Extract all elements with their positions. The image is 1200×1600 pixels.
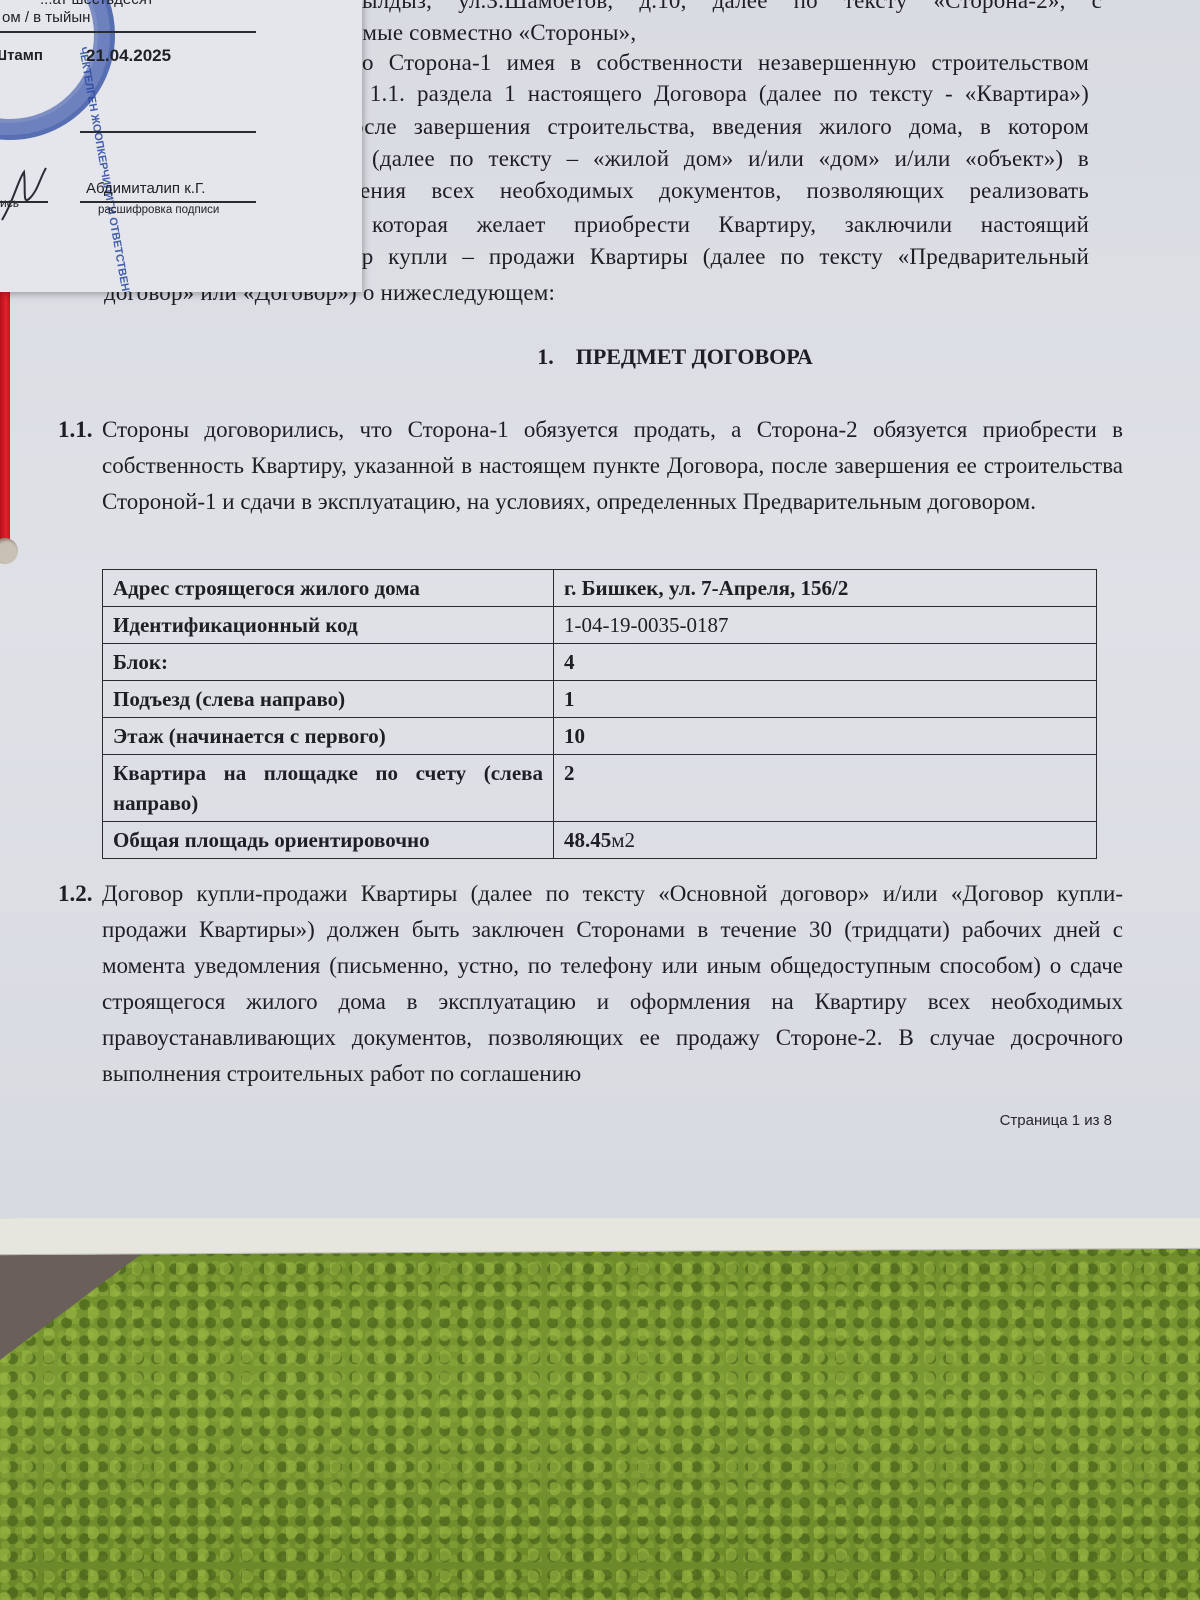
signature-underline — [0, 201, 48, 203]
row-value: 48.45м2 — [554, 822, 1097, 859]
preamble-line: которая желает приобрести Квартиру, закл… — [372, 212, 1089, 238]
table-row: Квартира на площадке по счету (слева нап… — [103, 755, 1097, 822]
value-text: 48.45 — [564, 828, 611, 852]
row-label: Адрес строящегося жилого дома — [103, 570, 554, 607]
value-text: 2 — [564, 761, 575, 785]
table-row: Этаж (начинается с первого)10 — [103, 718, 1097, 755]
underlying-sheet-edge — [0, 1212, 1200, 1255]
preamble-line: то Сторона-1 имея в собственности незаве… — [352, 50, 1089, 76]
amount-words-line: ом / в тыйын — [2, 9, 90, 26]
row-label: Подъезд (слева направо) — [103, 681, 554, 718]
row-label: Этаж (начинается с первого) — [103, 718, 554, 755]
page-number: Страница 1 из 8 — [1000, 1112, 1112, 1129]
row-value: г. Бишкек, ул. 7-Апреля, 156/2 — [554, 570, 1097, 607]
row-value: 1 — [554, 681, 1097, 718]
document-page: Джылдыз, ул.З.Шамбетов, д.10, далее по т… — [0, 0, 1200, 1218]
table-row: Подъезд (слева направо)1 — [103, 681, 1097, 718]
row-value: 10 — [554, 718, 1097, 755]
clause-text: Договор купли-продажи Квартиры (далее по… — [102, 876, 1123, 1092]
row-value: 2 — [554, 755, 1097, 822]
signature-slip: ЧЕКТЕЛГЕН ЖООПКЕРЧИЛИГИ ОТВЕТСТВЕННОСТЬЮ… — [0, 0, 362, 292]
table-row: Идентификационный код1-04-19-0035-0187 — [103, 607, 1097, 644]
section-title: ПРЕДМЕТ ДОГОВОРА — [576, 344, 813, 369]
signature-line — [80, 131, 256, 133]
punch-hole — [0, 538, 18, 564]
signature-icon — [0, 160, 90, 230]
signer-name: Абдимиталип к.Г. — [86, 180, 205, 197]
amount-words-line: ...ат шестьдесят — [40, 0, 154, 8]
value-text: 4 — [564, 650, 575, 674]
signature-label: ...ись — [0, 196, 19, 210]
row-label: Общая площадь ориентировочно — [103, 822, 554, 859]
preamble-line: . 1.1. раздела 1 настоящего Договора (да… — [352, 81, 1089, 107]
signer-underline — [80, 201, 256, 203]
value-text: 1-04-19-0035-0187 — [564, 613, 728, 637]
preamble-line: Джылдыз, ул.З.Шамбетов, д.10, далее по т… — [330, 0, 1102, 14]
preamble-line: ор купли – продажи Квартиры (далее по те… — [350, 244, 1089, 270]
value-text: г. Бишкек, ул. 7-Апреля, 156/2 — [564, 576, 848, 600]
row-value: 4 — [554, 644, 1097, 681]
row-label: Идентификационный код — [103, 607, 554, 644]
clause-number: 1.2. — [58, 876, 93, 912]
value-unit: м2 — [611, 828, 635, 852]
table-row: Блок:4 — [103, 644, 1097, 681]
clause-number: 1.1. — [58, 412, 93, 448]
clause-text: Стороны договорились, что Сторона-1 обяз… — [102, 412, 1123, 520]
section-heading: 1.ПРЕДМЕТ ДОГОВОРА — [0, 344, 1200, 370]
section-number: 1. — [537, 344, 554, 369]
value-text: 10 — [564, 724, 585, 748]
stamp-label: Штамп — [0, 47, 43, 64]
preamble-line: емые совместно «Стороны», — [352, 20, 636, 46]
table-row: Общая площадь ориентировочно48.45м2 — [103, 822, 1097, 859]
property-table: Адрес строящегося жилого домаг. Бишкек, … — [102, 569, 1097, 859]
clause-1-2: 1.2. Договор купли-продажи Квартиры (дал… — [58, 876, 1123, 1092]
row-label: Блок: — [103, 644, 554, 681]
binding-thread — [0, 292, 10, 544]
preamble-line: ения всех необходимых документов, позвол… — [360, 178, 1089, 204]
preamble-line: (далее по тексту – «жилой дом» и/или «до… — [372, 146, 1089, 172]
table-row: Адрес строящегося жилого домаг. Бишкек, … — [103, 570, 1097, 607]
preamble-line: осле завершения строительства, введения … — [352, 114, 1089, 140]
date-value: 21.04.2025 — [86, 46, 171, 66]
row-value: 1-04-19-0035-0187 — [554, 607, 1097, 644]
value-text: 1 — [564, 687, 575, 711]
clause-1-1: 1.1. Стороны договорились, что Сторона-1… — [58, 412, 1123, 520]
divider — [0, 31, 256, 33]
row-label: Квартира на площадке по счету (слева нап… — [103, 755, 554, 822]
carpet-background — [0, 1240, 1200, 1600]
signer-caption: расшифровка подписи — [98, 204, 219, 216]
